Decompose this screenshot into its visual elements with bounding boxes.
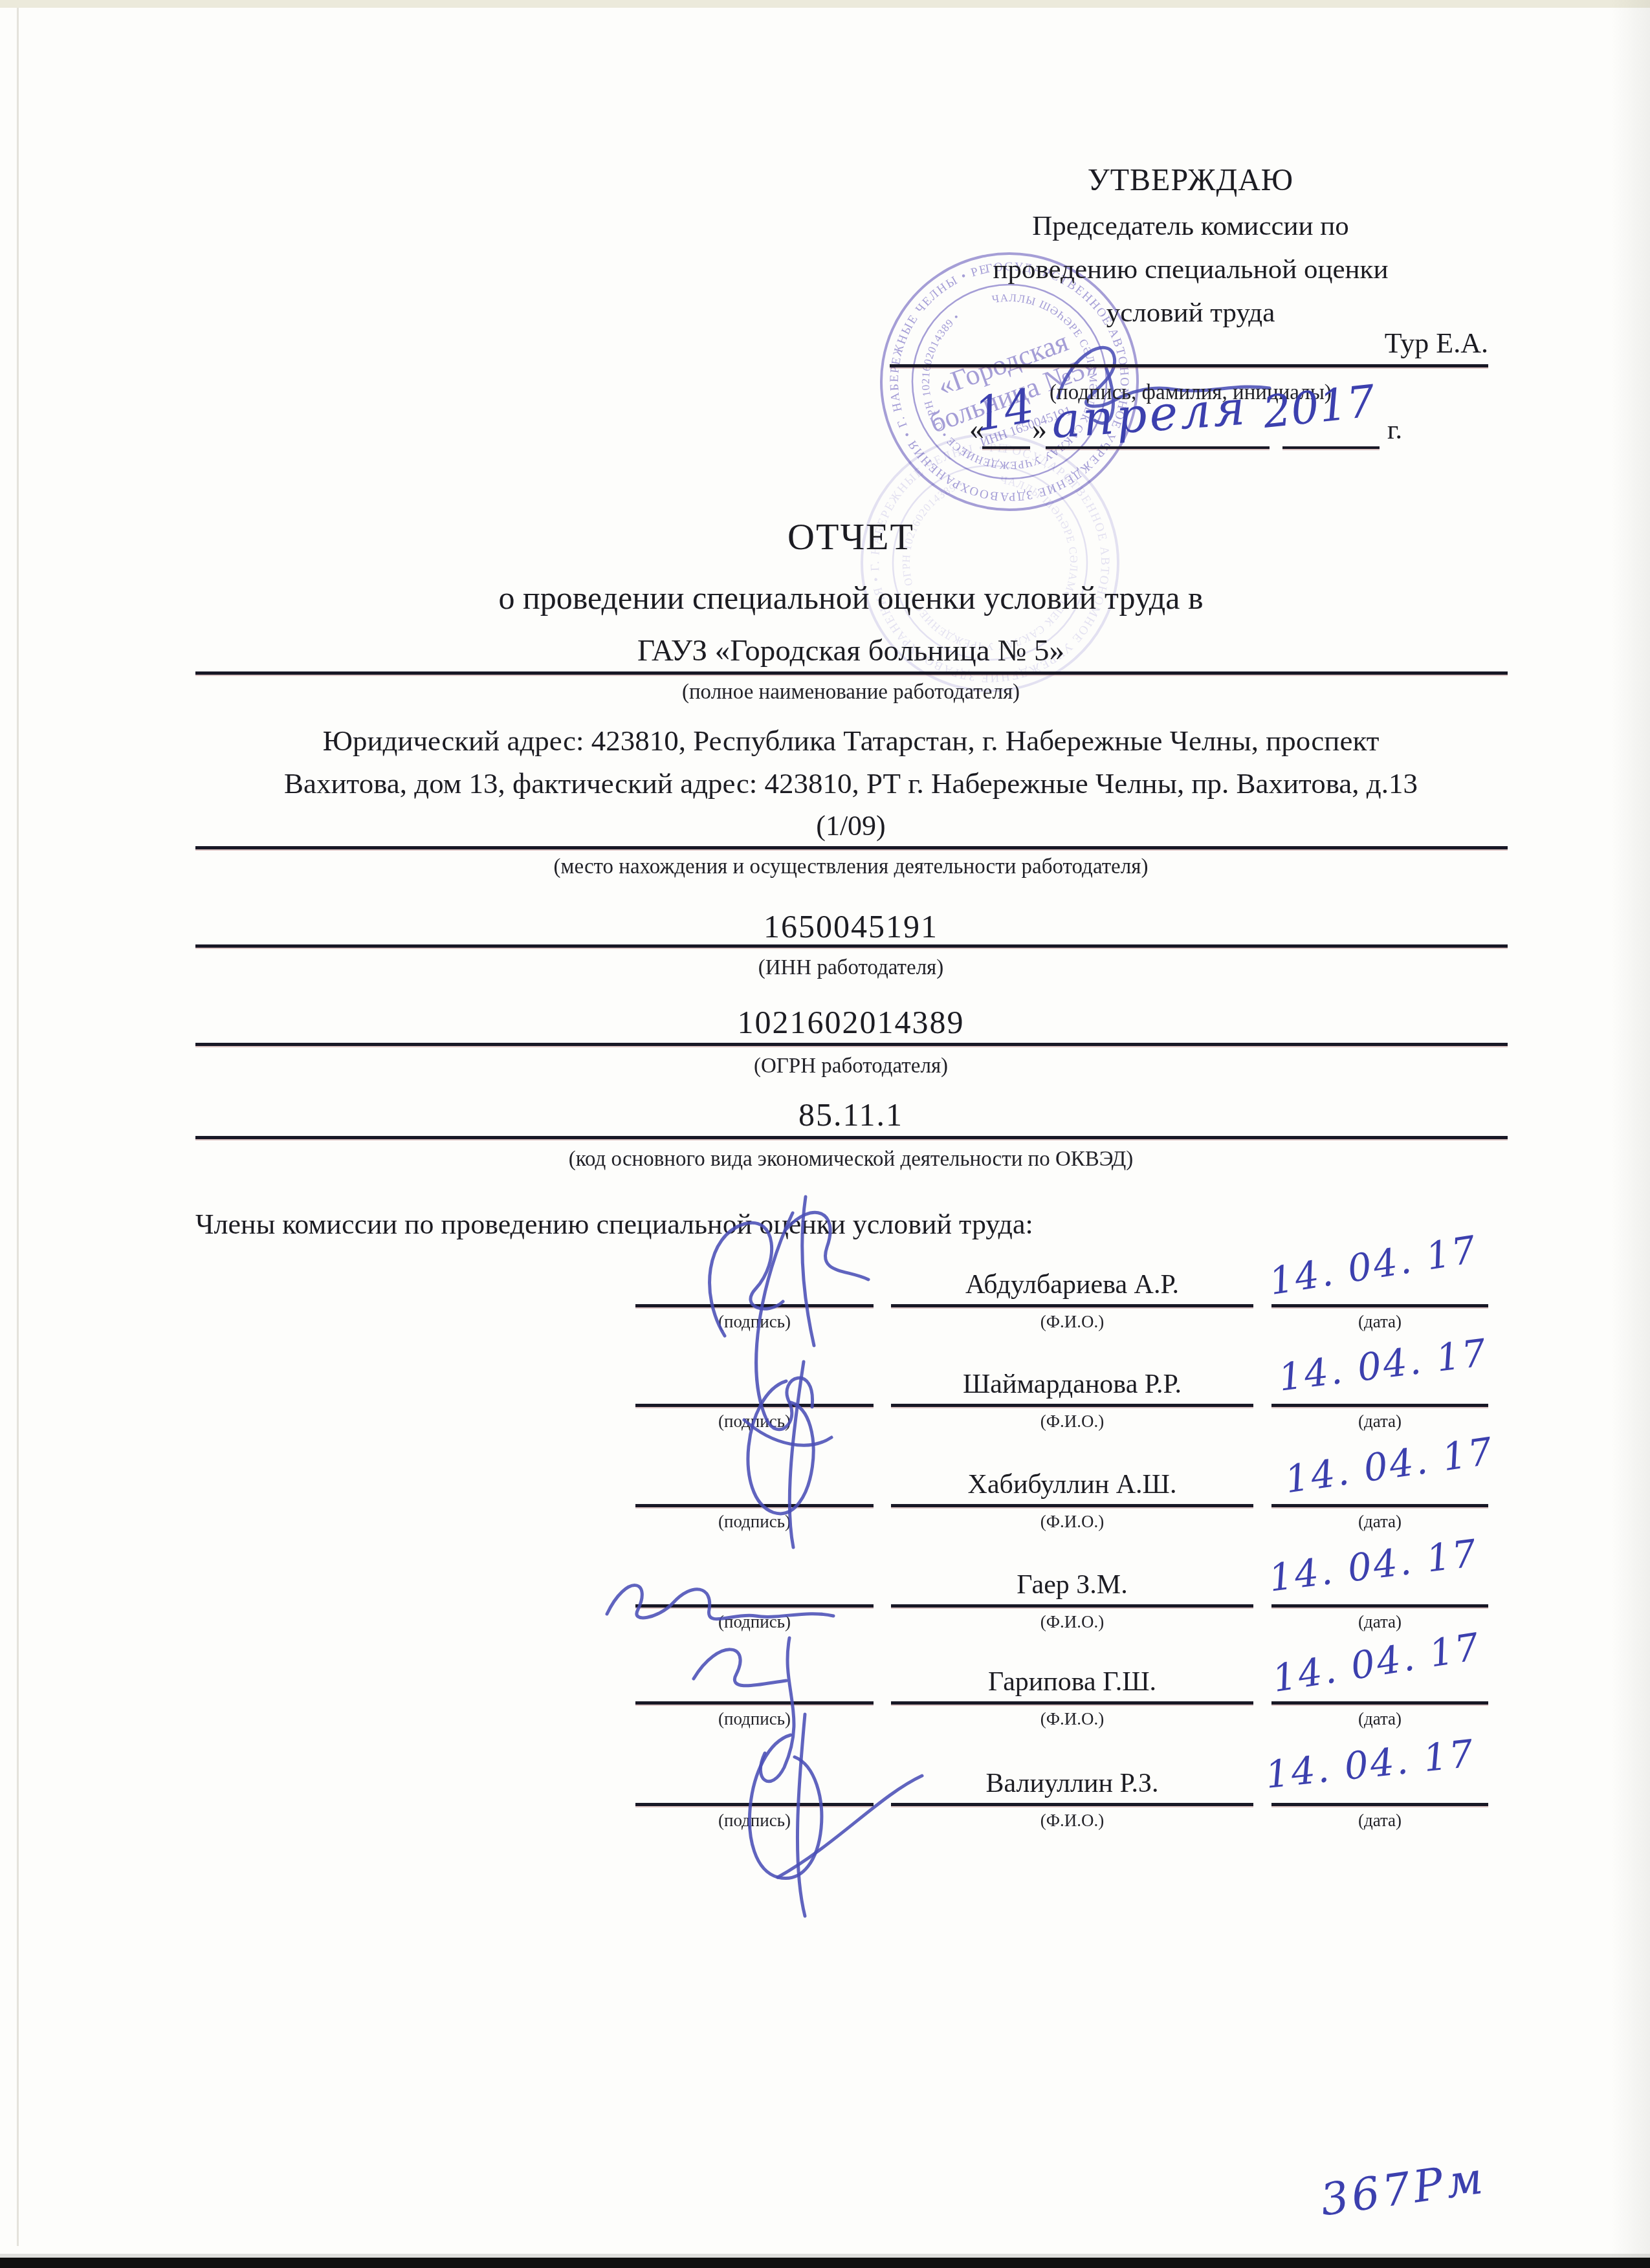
location-line bbox=[195, 846, 1508, 849]
name-line bbox=[891, 1701, 1253, 1705]
approval-heading: УТВЕРЖДАЮ bbox=[867, 163, 1514, 198]
location-line2: Вахитова, дом 13, фактический адрес: 423… bbox=[194, 767, 1508, 800]
name-caption: (Ф.И.О.) bbox=[891, 1811, 1253, 1831]
ogrn-caption: (ОГРН работодателя) bbox=[194, 1054, 1508, 1078]
date-caption: (дата) bbox=[1271, 1312, 1488, 1332]
approval-role-line1: Председатель комиссии по bbox=[867, 211, 1514, 242]
date-era-label: г. bbox=[1387, 415, 1402, 446]
name-line bbox=[891, 1404, 1253, 1407]
scan-edge-left bbox=[17, 8, 19, 2246]
name-line bbox=[891, 1504, 1253, 1507]
inn-line bbox=[195, 944, 1508, 948]
name-line bbox=[891, 1304, 1253, 1307]
report-title: ОТЧЕТ bbox=[194, 516, 1508, 558]
member-name: Гарипова Г.Ш. bbox=[891, 1666, 1253, 1697]
date-day-line bbox=[982, 446, 1030, 449]
location-caption: (место нахождения и осуществления деятел… bbox=[194, 855, 1508, 879]
employer-line bbox=[195, 671, 1508, 675]
date-caption: (дата) bbox=[1271, 1412, 1488, 1432]
member-signature-scribble bbox=[666, 1346, 899, 1559]
handwritten-year: 2017 bbox=[1260, 376, 1377, 439]
member-date-handwritten: 14. 04. 17 bbox=[1266, 1227, 1481, 1303]
member-signature-scribble bbox=[666, 1695, 938, 1928]
member-name: Валиуллин Р.З. bbox=[891, 1768, 1253, 1799]
date-year-line bbox=[1282, 446, 1380, 449]
date-month-line bbox=[1046, 446, 1270, 449]
location-line1: Юридический адрес: 423810, Республика Та… bbox=[194, 725, 1508, 757]
member-name: Хабибуллин А.Ш. bbox=[891, 1469, 1253, 1500]
name-caption: (Ф.И.О.) bbox=[891, 1312, 1253, 1332]
scan-edge-right bbox=[1611, 0, 1650, 2268]
okved-caption: (код основного вида экономической деятел… bbox=[194, 1148, 1508, 1172]
chairman-signature-line bbox=[890, 364, 1488, 367]
member-date-handwritten: 14. 04. 17 bbox=[1263, 1731, 1477, 1797]
ogrn-value: 1021602014389 bbox=[194, 1004, 1508, 1040]
member-name: Шаймарданова Р.Р. bbox=[891, 1369, 1253, 1400]
scanned-report-page: ГОСУДАРСТВЕННОЕ АВТОНОМНОЕ УЧРЕЖДЕНИЕ ЗД… bbox=[0, 0, 1650, 2268]
date-caption: (дата) bbox=[1271, 1512, 1488, 1532]
employer-name: ГАУЗ «Городская больница № 5» bbox=[194, 634, 1508, 668]
report-subtitle: о проведении специальной оценки условий … bbox=[194, 580, 1508, 616]
name-caption: (Ф.И.О.) bbox=[891, 1412, 1253, 1432]
date-caption: (дата) bbox=[1271, 1709, 1488, 1729]
date-line bbox=[1271, 1504, 1488, 1507]
inn-value: 1650045191 bbox=[194, 908, 1508, 944]
chairman-name: Тур Е.А. bbox=[1320, 327, 1488, 359]
okved-line bbox=[195, 1136, 1508, 1139]
name-line bbox=[891, 1803, 1253, 1806]
scan-edge-bottom bbox=[0, 2258, 1650, 2268]
member-date-handwritten: 14. 04. 17 bbox=[1266, 1531, 1480, 1600]
member-name: Абдулбариева А.Р. bbox=[891, 1269, 1253, 1300]
date-line bbox=[1271, 1304, 1488, 1307]
handwritten-page-note: 367Рм bbox=[1317, 2153, 1489, 2227]
date-line bbox=[1271, 1604, 1488, 1608]
name-caption: (Ф.И.О.) bbox=[891, 1512, 1253, 1532]
member-name: Гаер З.М. bbox=[891, 1569, 1253, 1600]
member-date-handwritten: 14. 04. 17 bbox=[1282, 1429, 1497, 1502]
inn-caption: (ИНН работодателя) bbox=[194, 956, 1508, 980]
svg-text:ЧАЛЛЫ ШӘҺӘРЕ СӘЛАМӘТЛЕК САКЛАУ: ЧАЛЛЫ ШӘҺӘРЕ СӘЛАМӘТЛЕК САКЛАУ УЧРЕЖДЕНИ… bbox=[890, 463, 1090, 663]
date-caption: (дата) bbox=[1271, 1811, 1488, 1831]
employer-caption: (полное наименование работодателя) bbox=[194, 681, 1508, 704]
ogrn-line bbox=[195, 1043, 1508, 1046]
okved-value: 85.11.1 bbox=[194, 1096, 1508, 1133]
date-line bbox=[1271, 1701, 1488, 1705]
name-line bbox=[891, 1604, 1253, 1608]
member-date-handwritten: 14. 04. 17 bbox=[1276, 1330, 1490, 1399]
location-line3: (1/09) bbox=[194, 810, 1508, 842]
handwritten-day: 14 bbox=[970, 378, 1038, 442]
approval-role-line2: проведению специальной оценки bbox=[867, 254, 1514, 285]
date-line bbox=[1271, 1803, 1488, 1806]
name-caption: (Ф.И.О.) bbox=[891, 1612, 1253, 1632]
members-heading: Члены комиссии по проведению специальной… bbox=[195, 1208, 1033, 1240]
scan-edge-top bbox=[0, 0, 1650, 8]
date-line bbox=[1271, 1404, 1488, 1407]
member-date-handwritten: 14. 04. 17 bbox=[1270, 1624, 1484, 1701]
name-caption: (Ф.И.О.) bbox=[891, 1709, 1253, 1729]
